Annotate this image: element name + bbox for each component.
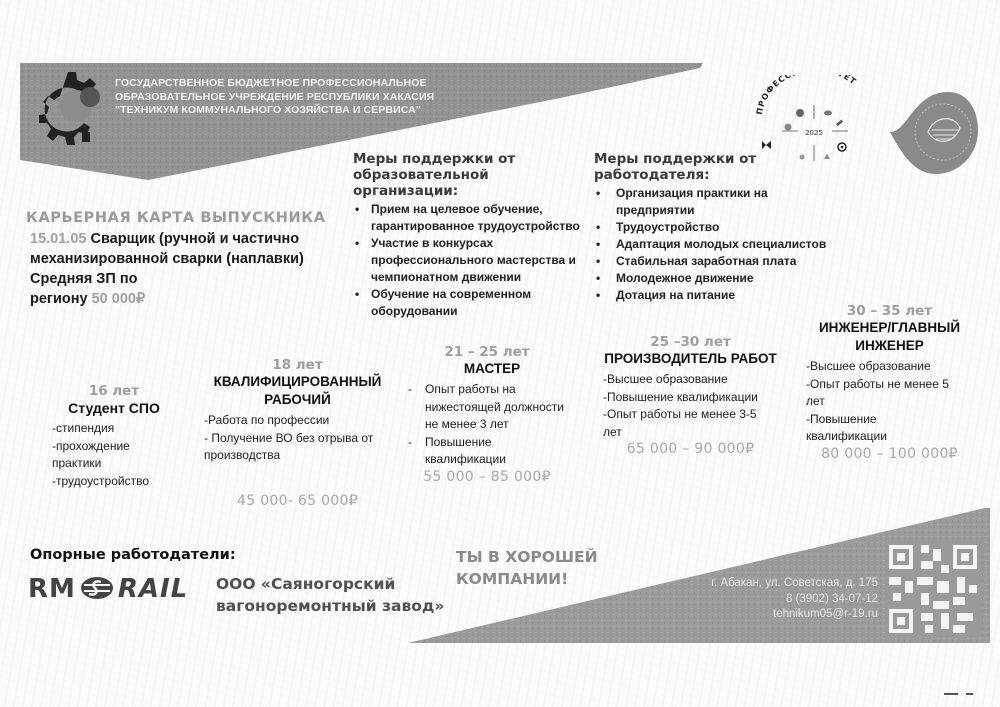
- scan-mark: [944, 693, 958, 695]
- title-line: образовательной: [353, 167, 593, 183]
- career-stage-works-manager: 25 –30 лет ПРОИЗВОДИТЕЛЬ РАБОТ -Высшее о…: [598, 334, 783, 457]
- stage-pay: 45 000- 65 000₽: [200, 493, 395, 509]
- career-map-title: КАРЬЕРНАЯ КАРТА ВЫПУСКНИКА: [26, 210, 326, 226]
- stage-age: 18 лет: [200, 357, 395, 373]
- stage-item: -Работа по профессии: [204, 412, 395, 430]
- specialty-line: 15.01.05 Сварщик (ручной и частично меха…: [30, 229, 350, 269]
- stage-items: -Высшее образование -Повышение квалифика…: [598, 371, 783, 441]
- stage-age: 25 –30 лет: [598, 334, 783, 350]
- support-employer-list: Организация практики на предприятии Труд…: [594, 185, 844, 304]
- avg-salary-label-2: региону: [30, 291, 88, 307]
- gear-globe-icon: [38, 66, 114, 146]
- company-line-2: вагоноремонтный завод»: [216, 595, 444, 617]
- stage-item: Опыт работы на нижестоящей должности не …: [398, 381, 565, 434]
- support-employer-title: Меры поддержки от работодателя:: [594, 151, 844, 183]
- rail-s-emblem-icon: [80, 576, 114, 600]
- org-line-1: ГОСУДАРСТВЕННОЕ БЮДЖЕТНОЕ ПРОФЕССИОНАЛЬН…: [115, 77, 434, 91]
- stage-role: ИНЖЕНЕР/ГЛАВНЫЙ ИНЖЕНЕР: [802, 319, 977, 355]
- leaf-drop-icon: [888, 82, 980, 178]
- stage-item: Повышение квалификации: [398, 434, 525, 469]
- support-employer: Меры поддержки от работодателя: Организа…: [594, 151, 844, 304]
- specialty-block: 15.01.05 Сварщик (ручной и частично меха…: [30, 229, 350, 309]
- svg-text:ПРОФЕССИОНАЛИТЕТ: ПРОФЕССИОНАЛИТЕТ: [755, 75, 858, 115]
- list-item: Прием на целевое обучение, гарантированн…: [353, 201, 593, 235]
- support-education-title: Меры поддержки от образовательной органи…: [353, 151, 593, 199]
- stage-age: 16 лет: [44, 383, 184, 399]
- stage-age: 30 – 35 лет: [802, 303, 977, 319]
- qr-code-icon[interactable]: [885, 541, 981, 637]
- list-item: Обучение на современном оборудовании: [353, 286, 593, 320]
- support-education: Меры поддержки от образовательной органи…: [353, 151, 593, 320]
- career-stage-qualified-worker: 18 лет КВАЛИФИЦИРОВАННЫЙ РАБОЧИЙ -Работа…: [200, 357, 395, 509]
- stage-item: -Высшее образование: [603, 371, 783, 389]
- stage-items: -стипендия -прохождение практики -трудоу…: [44, 420, 184, 490]
- stage-item: -Опыт работы не менее 3-5 лет: [603, 406, 768, 441]
- title-line: Меры поддержки от: [594, 151, 844, 167]
- stage-pay: 55 000 – 85 000₽: [398, 469, 576, 485]
- list-item: Организация практики на предприятии: [594, 185, 844, 219]
- scan-mark: [966, 693, 973, 695]
- list-item: Участие в конкурсах профессионального ма…: [353, 235, 593, 286]
- list-item: Адаптация молодых специалистов: [594, 236, 844, 253]
- list-item: Молодежное движение: [594, 270, 844, 287]
- title-line: Меры поддержки от: [353, 151, 593, 167]
- avg-salary-label-1: Средняя ЗП по: [30, 269, 350, 289]
- contacts: г. Абакан, ул. Советская, д. 175 8 (3902…: [600, 606, 878, 623]
- stage-items: Опыт работы на нижестоящей должности не …: [398, 381, 576, 469]
- organization-name: ГОСУДАРСТВЕННОЕ БЮДЖЕТНОЕ ПРОФЕССИОНАЛЬН…: [115, 77, 434, 118]
- stage-role: КВАЛИФИЦИРОВАННЫЙ РАБОЧИЙ: [200, 373, 395, 409]
- title-line: работодателя:: [594, 167, 844, 183]
- contact-phone[interactable]: 8 (3902) 34-07-12: [600, 592, 878, 608]
- stage-item: -Повышение квалификации: [806, 411, 916, 446]
- avg-salary-line: региону 50 000₽: [30, 289, 350, 309]
- support-education-list: Прием на целевое обучение, гарантированн…: [353, 201, 593, 320]
- company-line-1: ООО «Саяногорский: [216, 573, 444, 595]
- list-item: Стабильная заработная плата: [594, 253, 844, 270]
- list-item: Дотация на питание: [594, 287, 844, 304]
- stage-item: -Опыт работы не менее 5 лет: [806, 376, 966, 411]
- slogan-line-1: ТЫ В ХОРОШЕЙ: [456, 546, 598, 568]
- stage-item: -Повышение квалификации: [603, 389, 783, 407]
- stage-item: -Высшее образование: [806, 358, 977, 376]
- stage-pay: 65 000 – 90 000₽: [598, 441, 783, 457]
- stage-item: - Получение ВО без отрыва от производств…: [204, 430, 382, 465]
- stage-item: -трудоустройство: [52, 473, 184, 491]
- avg-salary-value: 50 000₽: [92, 291, 146, 307]
- career-stage-master: 21 – 25 лет МАСТЕР Опыт работы на нижест…: [398, 344, 576, 485]
- stage-pay: 80 000 – 100 000₽: [802, 446, 977, 462]
- employers-label: Опорные работодатели:: [30, 547, 236, 563]
- rmrail-logo-icon: RMRAIL: [28, 574, 188, 604]
- org-line-2: ОБРАЗОВАТЕЛЬНОЕ УЧРЕЖДЕНИЕ РЕСПУБЛИКИ ХА…: [115, 91, 434, 105]
- stage-role: ПРОИЗВОДИТЕЛЬ РАБОТ: [598, 350, 783, 368]
- career-stage-student: 16 лет Студент СПО -стипендия -прохожден…: [44, 383, 184, 490]
- contact-address: г. Абакан, ул. Советская, д. 175: [600, 576, 878, 592]
- svg-text:2025: 2025: [805, 129, 823, 137]
- logo-text-rm: RM: [28, 574, 76, 604]
- stage-item: -прохождение практики: [52, 438, 157, 473]
- stage-items: -Работа по профессии - Получение ВО без …: [200, 412, 395, 465]
- stage-item: -стипендия: [52, 420, 184, 438]
- list-item: Трудоустройство: [594, 219, 844, 236]
- logo-text-rail: RAIL: [118, 574, 188, 604]
- stage-role: МАСТЕР: [398, 360, 576, 378]
- title-line: организации:: [353, 183, 593, 199]
- slogan: ТЫ В ХОРОШЕЙ КОМПАНИИ!: [456, 546, 598, 590]
- specialty-code: 15.01.05: [30, 231, 86, 247]
- stage-age: 21 – 25 лет: [398, 344, 576, 360]
- contact-email[interactable]: tehnikum05@r-19.ru: [600, 607, 878, 623]
- employer-company-name: ООО «Саяногорский вагоноремонтный завод»: [216, 573, 444, 617]
- stage-items: -Высшее образование -Опыт работы не мене…: [802, 358, 977, 446]
- slogan-line-2: КОМПАНИИ!: [456, 568, 598, 590]
- career-stage-engineer: 30 – 35 лет ИНЖЕНЕР/ГЛАВНЫЙ ИНЖЕНЕР -Выс…: [802, 303, 977, 462]
- stage-role: Студент СПО: [44, 399, 184, 417]
- org-line-3: "ТЕХНИКУМ КОММУНАЛЬНОГО ХОЗЯЙСТВА И СЕРВ…: [115, 104, 434, 118]
